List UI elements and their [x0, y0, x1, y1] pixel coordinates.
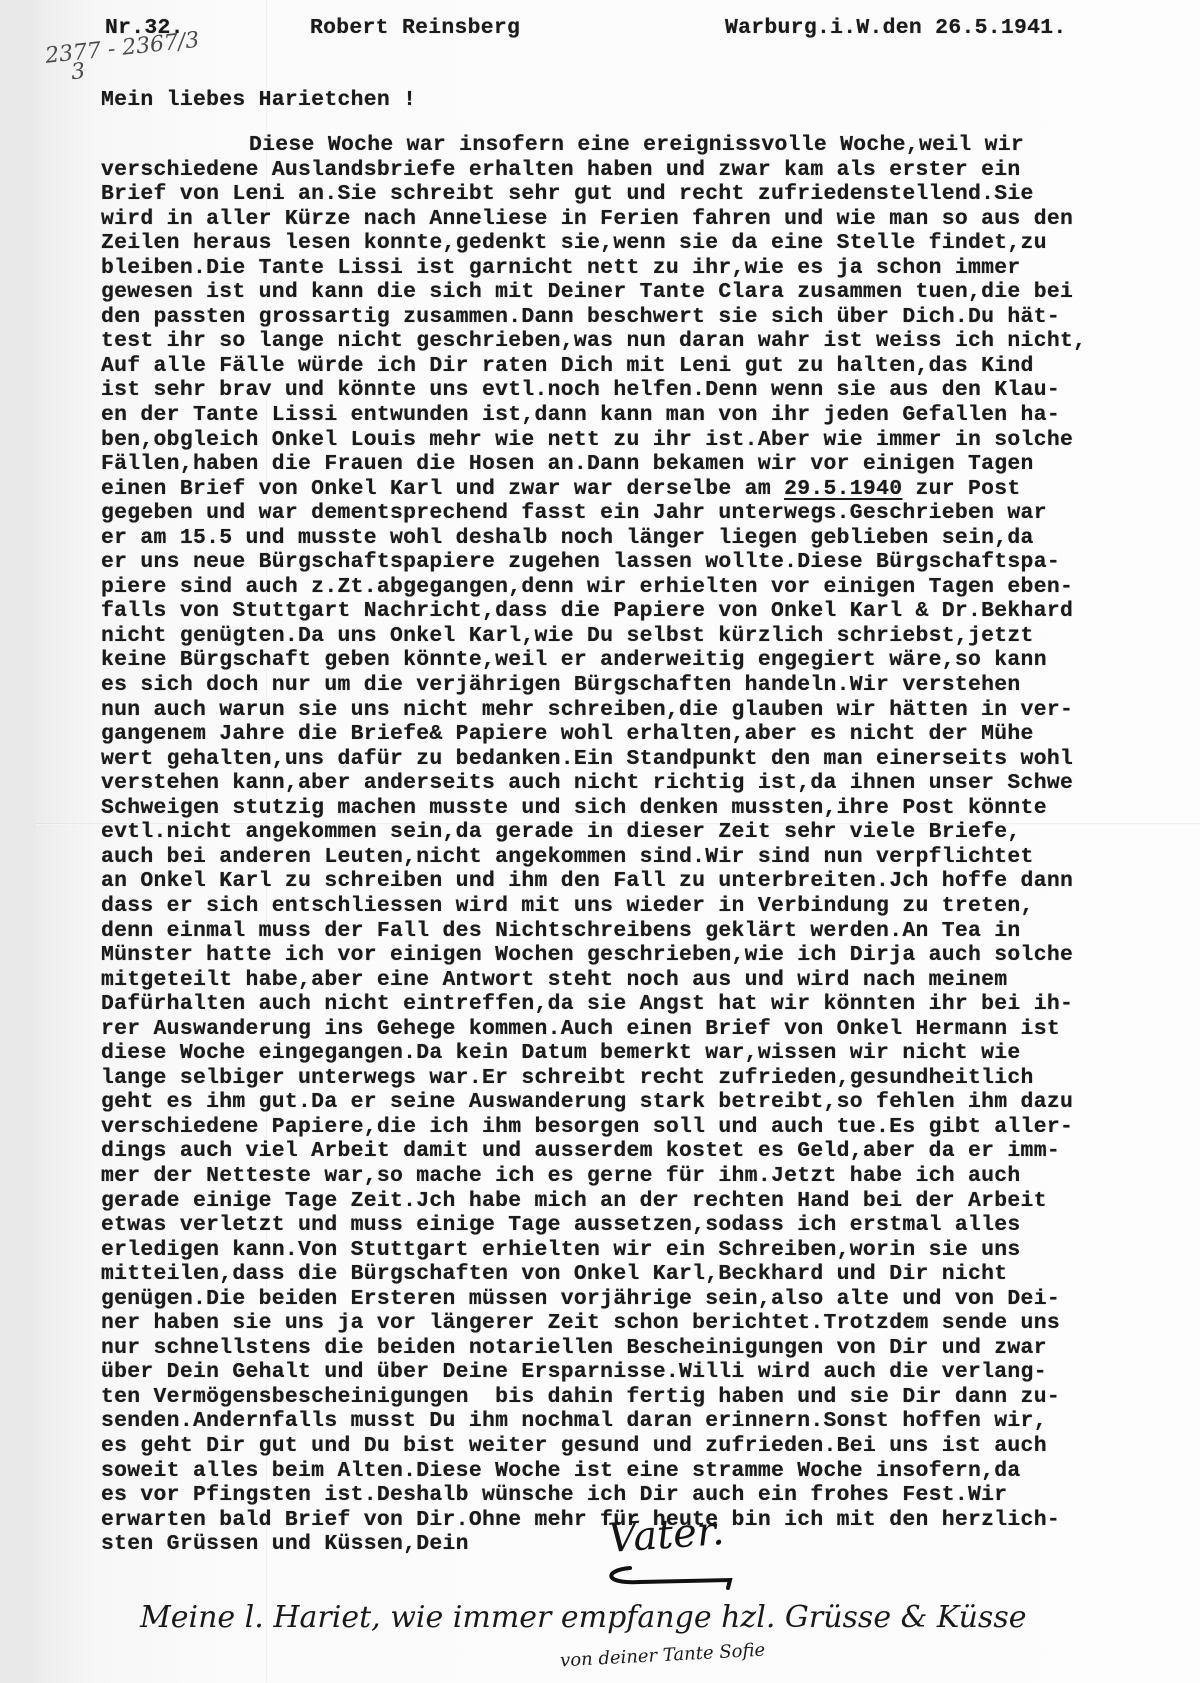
- body-line: etwas verletzt und muss einige Tage auss…: [101, 1213, 1086, 1238]
- body-line: mitteilen,dass die Bürgschaften von Onke…: [101, 1262, 1086, 1287]
- body-line: gegeben und war dementsprechend fasst ei…: [101, 501, 1086, 526]
- body-line: Brief von Leni an.Sie schreibt sehr gut …: [101, 182, 1086, 207]
- body-line: einen Brief von Onkel Karl und zwar war …: [101, 477, 1086, 502]
- body-line: rer Auswanderung ins Gehege kommen.Auch …: [101, 1017, 1086, 1042]
- body-line: er am 15.5 und musste wohl deshalb noch …: [101, 526, 1086, 551]
- body-line: evtl.nicht angekommen sein,da gerade in …: [101, 820, 1086, 845]
- body-line: Diese Woche war insofern eine ereignissv…: [101, 133, 1086, 158]
- body-line: keine Bürgschaft geben könnte,weil er an…: [101, 648, 1086, 673]
- body-line: ten Vermögensbescheinigungen bis dahin f…: [101, 1385, 1086, 1410]
- salutation: Mein liebes Harietchen !: [101, 88, 416, 112]
- place-and-date: Warburg.i.W.den 26.5.1941.: [725, 16, 1067, 40]
- body-line: piere sind auch z.Zt.abgegangen,denn wir…: [101, 575, 1086, 600]
- body-line: verschiedene Auslandsbriefe erhalten hab…: [101, 158, 1086, 183]
- body-line: senden.Andernfalls musst Du ihm nochmal …: [101, 1409, 1086, 1434]
- handwritten-postscript-line-1: Meine l. Hariet, wie immer empfange hzl.…: [140, 1600, 1026, 1635]
- body-line: verstehen kann,aber anderseits auch nich…: [101, 771, 1086, 796]
- body-line: Schweigen stutzig machen musste und sich…: [101, 796, 1086, 821]
- body-line: nun auch warun sie uns nicht mehr schrei…: [101, 698, 1086, 723]
- body-line: Fällen,haben die Frauen die Hosen an.Dan…: [101, 452, 1086, 477]
- body-line: mitgeteilt habe,aber eine Antwort steht …: [101, 968, 1086, 993]
- body-line: dass er sich entschliessen wird mit uns …: [101, 894, 1086, 919]
- underlined-date: 29.5.1940: [784, 477, 902, 501]
- body-line: test ihr so lange nicht geschrieben,was …: [101, 329, 1086, 354]
- body-line: gangenem Jahre die Briefe& Papiere wohl …: [101, 722, 1086, 747]
- body-line: en der Tante Lissi entwunden ist,dann ka…: [101, 403, 1086, 428]
- body-line: Münster hatte ich vor einigen Wochen ges…: [101, 943, 1086, 968]
- body-line: über Dein Gehalt und über Deine Ersparni…: [101, 1360, 1086, 1385]
- body-line: ist sehr brav und könnte uns evtl.noch h…: [101, 378, 1086, 403]
- body-line: ner haben sie uns ja vor längerer Zeit s…: [101, 1311, 1086, 1336]
- body-line: Zeilen heraus lesen konnte,gedenkt sie,w…: [101, 231, 1086, 256]
- body-line: dings auch viel Arbeit damit und ausserd…: [101, 1139, 1086, 1164]
- body-line: mer der Netteste war,so mache ich es ger…: [101, 1164, 1086, 1189]
- body-line: geht es ihm gut.Da er seine Auswanderung…: [101, 1090, 1086, 1115]
- body-line: wert gehalten,uns dafür zu bedanken.Ein …: [101, 747, 1086, 772]
- body-line: diese Woche eingegangen.Da kein Datum be…: [101, 1041, 1086, 1066]
- letter-header: Nr.32. Robert Reinsberg Warburg.i.W.den …: [105, 16, 1165, 46]
- signature: Vater.: [607, 1508, 726, 1562]
- body-line: auch bei anderen Leuten,nicht angekommen…: [101, 845, 1086, 870]
- body-line: sten Grüssen und Küssen,Dein: [101, 1532, 1086, 1557]
- body-line: ben,obgleich Onkel Louis mehr wie nett z…: [101, 428, 1086, 453]
- body-line: Auf alle Fälle würde ich Dir raten Dich …: [101, 354, 1086, 379]
- signature-flourish: [600, 1562, 740, 1592]
- body-line: es sich doch nur um die verjährigen Bürg…: [101, 673, 1086, 698]
- sender-name: Robert Reinsberg: [310, 16, 520, 40]
- body-line: den passten grossartig zusammen.Dann bes…: [101, 305, 1086, 330]
- body-line: verschiedene Papiere,die ich ihm besorge…: [101, 1115, 1086, 1140]
- body-line: gewesen ist und kann die sich mit Deiner…: [101, 280, 1086, 305]
- body-line: erledigen kann.Von Stuttgart erhielten w…: [101, 1238, 1086, 1263]
- body-line: nicht genügten.Da uns Onkel Karl,wie Du …: [101, 624, 1086, 649]
- body-line: falls von Stuttgart Nachricht,dass die P…: [101, 599, 1086, 624]
- body-line: gerade einige Tage Zeit.Jch habe mich an…: [101, 1189, 1086, 1214]
- body-line: wird in aller Kürze nach Anneliese in Fe…: [101, 207, 1086, 232]
- body-line: Dafürhalten auch nicht eintreffen,da sie…: [101, 992, 1086, 1017]
- body-line: er uns neue Bürgschaftspapiere zugehen l…: [101, 550, 1086, 575]
- body-line: genügen.Die beiden Ersteren müssen vorjä…: [101, 1287, 1086, 1312]
- body-line: es vor Pfingsten ist.Deshalb wünsche ich…: [101, 1483, 1086, 1508]
- body-line: denn einmal muss der Fall des Nichtschre…: [101, 919, 1086, 944]
- body-line: es geht Dir gut und Du bist weiter gesun…: [101, 1434, 1086, 1459]
- body-line: nur schnellstens die beiden notariellen …: [101, 1336, 1086, 1361]
- body-line: bleiben.Die Tante Lissi ist garnicht net…: [101, 256, 1086, 281]
- letter-body: Diese Woche war insofern eine ereignissv…: [101, 133, 1086, 1557]
- body-line: erwarten bald Brief von Dir.Ohne mehr fü…: [101, 1508, 1086, 1533]
- body-line: soweit alles beim Alten.Diese Woche ist …: [101, 1459, 1086, 1484]
- body-line: an Onkel Karl zu schreiben und ihm den F…: [101, 869, 1086, 894]
- body-line: lange selbiger unterwegs war.Er schreibt…: [101, 1066, 1086, 1091]
